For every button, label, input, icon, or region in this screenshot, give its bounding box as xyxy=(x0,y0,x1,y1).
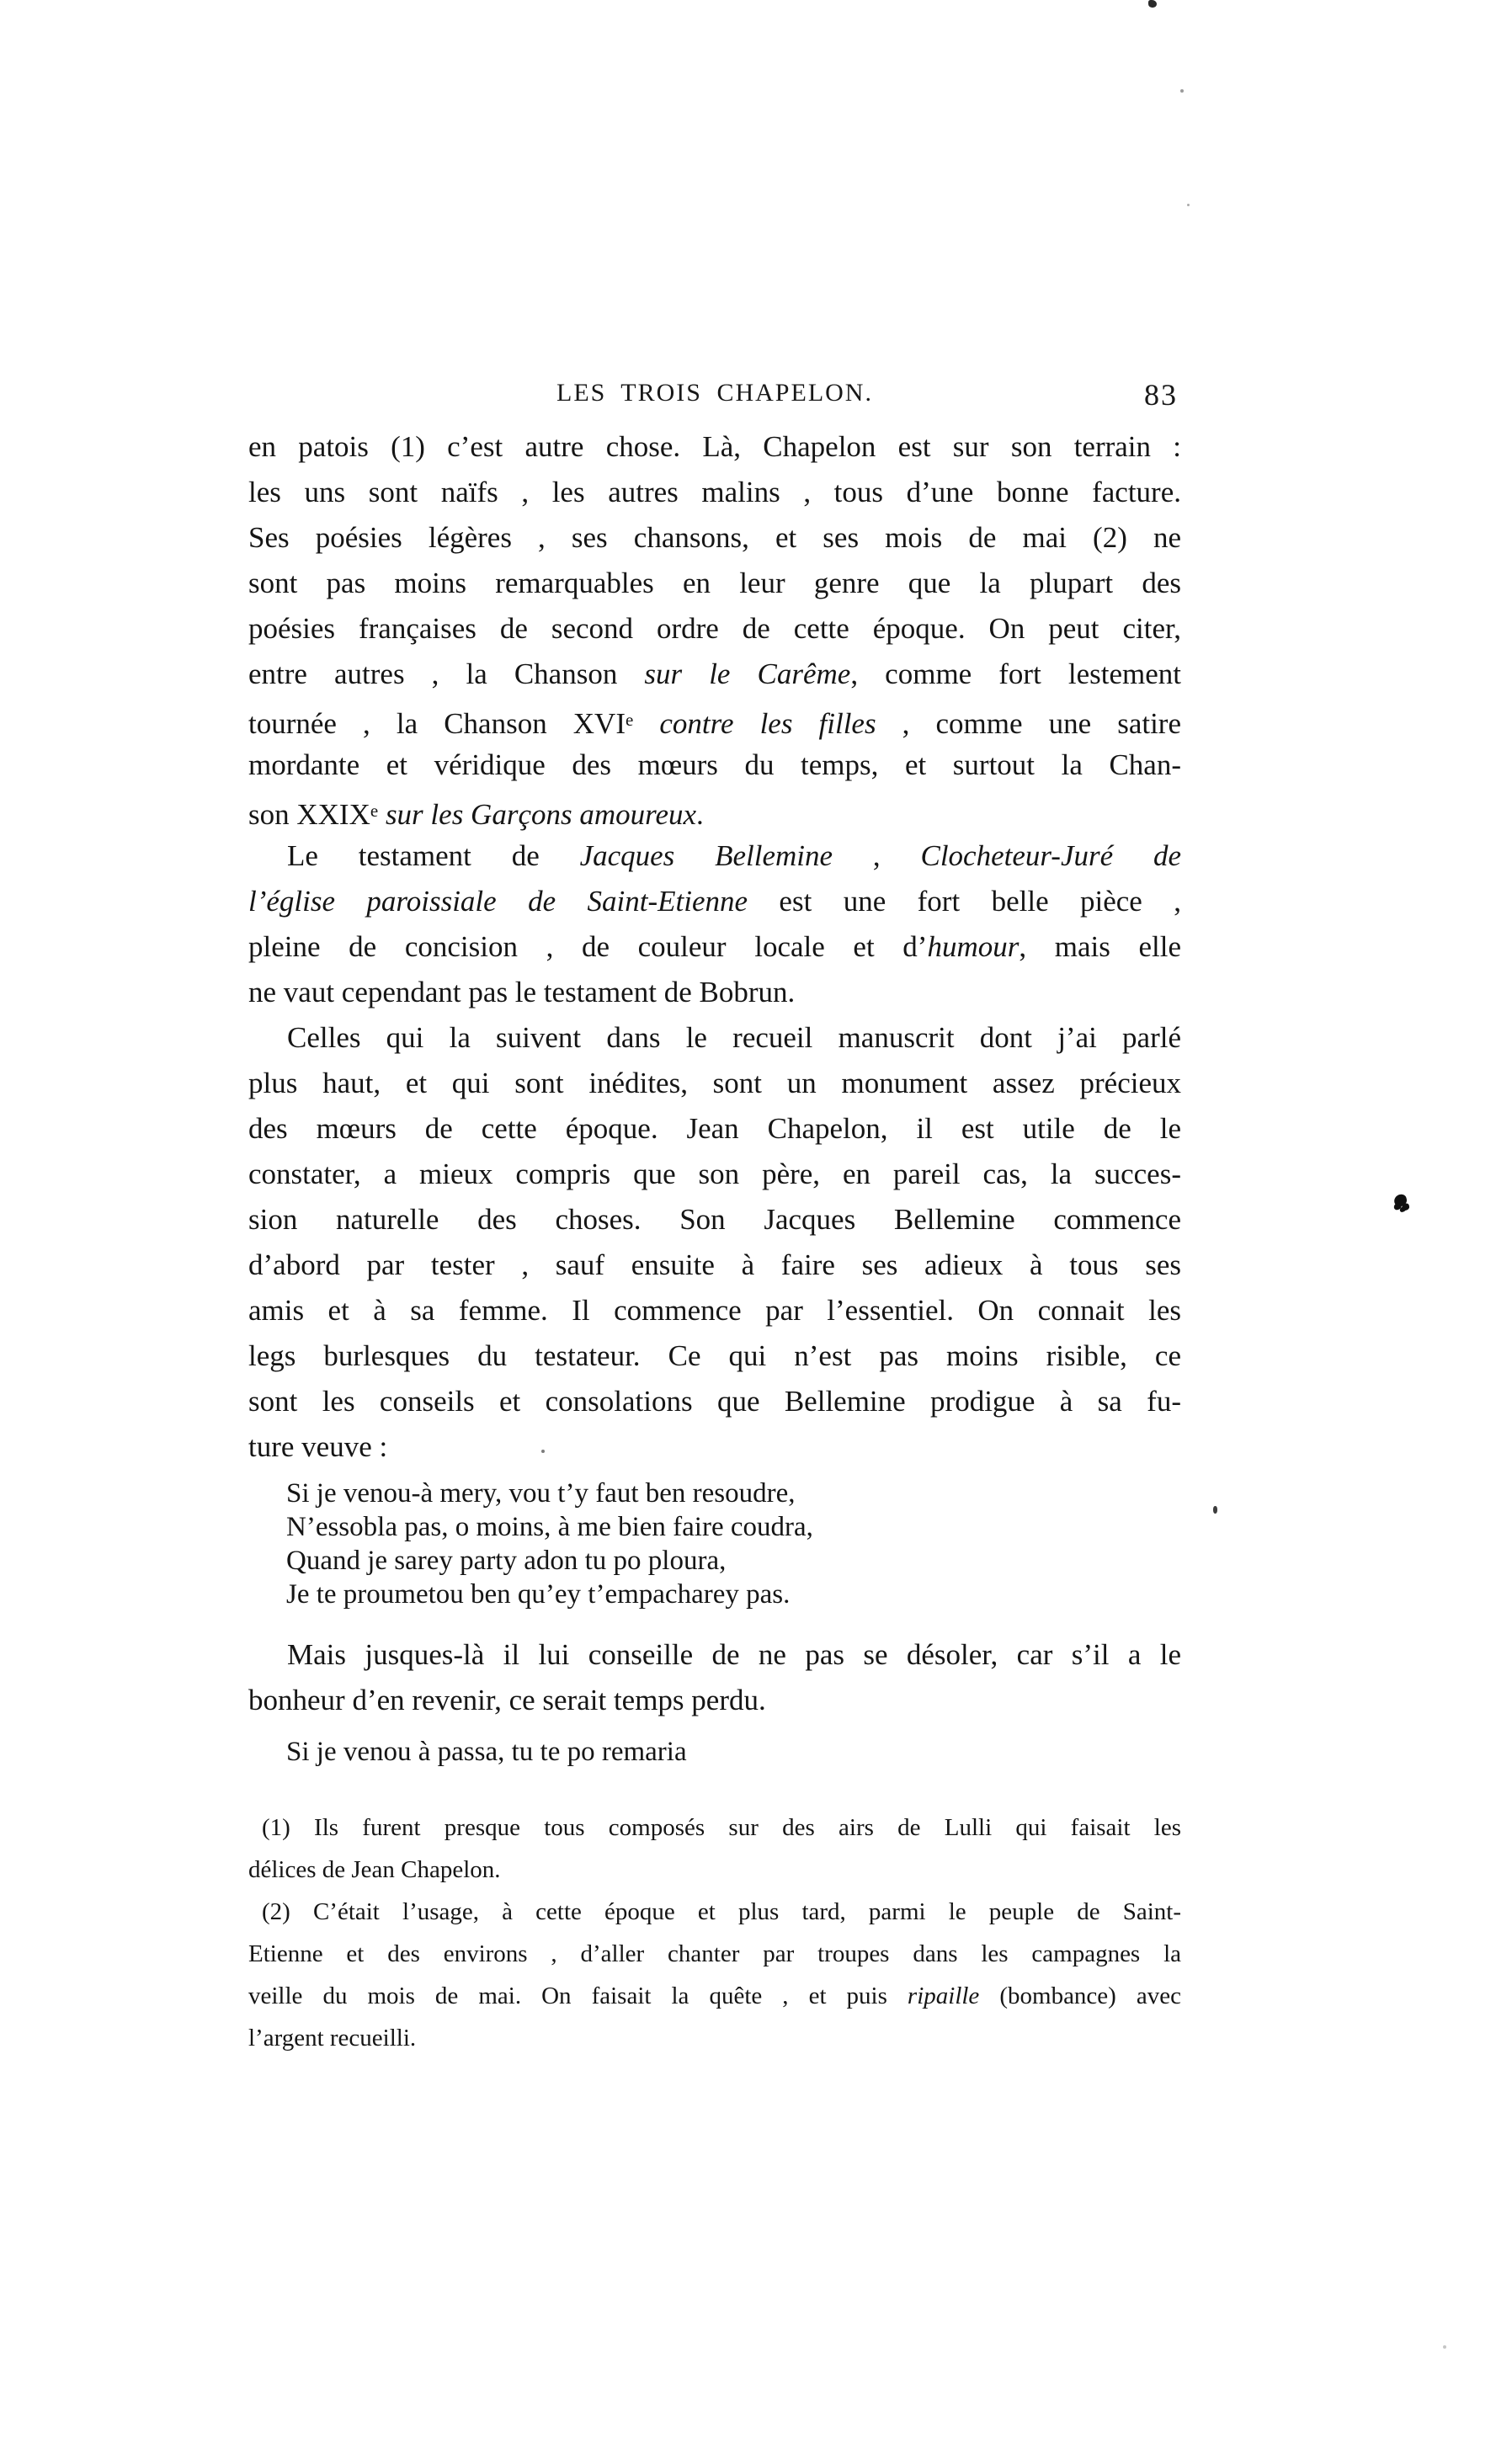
text-segment: sion naturelle des choses. Son Jacques B… xyxy=(248,1203,1181,1236)
ink-blot-mark xyxy=(1393,1193,1408,1207)
running-header: LES TROIS CHAPELON. 83 xyxy=(248,379,1181,419)
paper-speck xyxy=(1148,0,1157,8)
text-segment: Jacques Bellemine xyxy=(580,839,833,872)
paragraph: en patois (1) c’est autre chose. Là, Cha… xyxy=(248,424,1181,833)
text-segment: , comme fort lestement xyxy=(850,657,1181,690)
text-segment xyxy=(633,707,659,740)
text-segment: Si je venou-à mery, vou t’y faut ben res… xyxy=(286,1478,796,1509)
text-line: l’église paroissiale de Saint-Etienne es… xyxy=(248,879,1181,924)
text-segment: legs burlesques du testateur. Ce qui n’e… xyxy=(248,1339,1181,1372)
text-segment: délices de Jean Chapelon. xyxy=(248,1856,501,1883)
text-line: Mais jusques-là il lui conseille de ne p… xyxy=(248,1632,1181,1678)
text-segment: e xyxy=(370,801,378,821)
text-line: d’abord par tester , sauf ensuite à fair… xyxy=(248,1243,1181,1288)
text-line: sion naturelle des choses. Son Jacques B… xyxy=(248,1197,1181,1243)
text-segment: (1) Ils furent presque tous composés sur… xyxy=(262,1814,1181,1841)
text-segment: Mais jusques-là il lui conseille de ne p… xyxy=(287,1638,1181,1671)
text-line: bonheur d’en revenir, ce serait temps pe… xyxy=(248,1678,1181,1723)
text-line: ne vaut cependant pas le testament de Bo… xyxy=(248,970,1181,1015)
text-segment: contre les filles xyxy=(659,707,876,740)
text-line: legs burlesques du testateur. Ce qui n’e… xyxy=(248,1333,1181,1379)
paragraph: Le testament de Jacques Bellemine , Cloc… xyxy=(248,833,1181,1015)
text-line: Le testament de Jacques Bellemine , Cloc… xyxy=(248,833,1181,879)
text-segment: pleine de concision , de couleur locale … xyxy=(248,930,927,963)
text-line: (1) Ils furent presque tous composés sur… xyxy=(248,1807,1181,1849)
text-segment: . xyxy=(696,798,704,831)
verse-block: Si je venou à passa, tu te po remaria xyxy=(248,1735,1181,1769)
text-segment: Quand je sarey party adon tu po ploura, xyxy=(286,1546,726,1576)
text-segment: l’église paroissiale de Saint-Etienne xyxy=(248,885,748,918)
text-line: sont pas moins remarquables en leur genr… xyxy=(248,561,1181,606)
text-segment: tournée , la Chanson XVI xyxy=(248,707,626,740)
text-line: Quand je sarey party adon tu po ploura, xyxy=(248,1544,1181,1578)
text-line: poésies françaises de second ordre de ce… xyxy=(248,606,1181,652)
running-title: LES TROIS CHAPELON. xyxy=(248,379,1181,407)
text-line: Etienne et des environs , d’aller chante… xyxy=(248,1933,1181,1975)
text-line: amis et à sa femme. Il commence par l’es… xyxy=(248,1288,1181,1333)
text-segment: Clocheteur-Juré de xyxy=(920,839,1181,872)
text-segment: d’abord par tester , sauf ensuite à fair… xyxy=(248,1248,1181,1281)
text-block: en patois (1) c’est autre chose. Là, Cha… xyxy=(248,424,1181,2059)
text-segment: l’argent recueilli. xyxy=(248,2025,416,2052)
text-segment: veille du mois de mai. On faisait la quê… xyxy=(248,1982,908,2009)
text-line: l’argent recueilli. xyxy=(248,2017,1181,2059)
text-line: plus haut, et qui sont inédites, sont un… xyxy=(248,1061,1181,1106)
text-segment: des mœurs de cette époque. Jean Chapelon… xyxy=(248,1112,1181,1145)
text-line: Ses poésies légères , ses chansons, et s… xyxy=(248,515,1181,561)
page-number: 83 xyxy=(1144,377,1178,412)
text-line: des mœurs de cette époque. Jean Chapelon… xyxy=(248,1106,1181,1152)
text-segment: sont les conseils et consolations que Be… xyxy=(248,1385,1181,1418)
text-segment: sur le Carême xyxy=(644,657,850,690)
text-segment: , xyxy=(833,839,920,872)
text-segment: mordante et véridique des mœurs du temps… xyxy=(248,748,1181,781)
text-segment: e xyxy=(626,710,633,730)
text-line: veille du mois de mai. On faisait la quê… xyxy=(248,1975,1181,2017)
text-segment: amis et à sa femme. Il commence par l’es… xyxy=(248,1294,1181,1327)
text-segment: ture veuve : xyxy=(248,1430,387,1463)
text-segment: Celles qui la suivent dans le recueil ma… xyxy=(287,1021,1181,1054)
text-segment: en patois (1) c’est autre chose. Là, Cha… xyxy=(248,430,1181,463)
text-segment: , comme une satire xyxy=(876,707,1181,740)
text-segment: , mais elle xyxy=(1019,930,1181,963)
text-line: les uns sont naïfs , les autres malins ,… xyxy=(248,470,1181,515)
text-line: N’essobla pas, o moins, à me bien faire … xyxy=(248,1510,1181,1544)
paper-speck xyxy=(541,1450,545,1453)
text-segment: les uns sont naïfs , les autres malins ,… xyxy=(248,476,1181,508)
text-line: constater, a mieux compris que son père,… xyxy=(248,1152,1181,1197)
paper-speck xyxy=(1187,204,1190,206)
text-line: sont les conseils et consolations que Be… xyxy=(248,1379,1181,1424)
text-segment: Ses poésies légères , ses chansons, et s… xyxy=(248,521,1181,554)
text-segment: entre autres , la Chanson xyxy=(248,657,644,690)
text-segment: Si je venou à passa, tu te po remaria xyxy=(286,1737,687,1767)
text-segment: N’essobla pas, o moins, à me bien faire … xyxy=(286,1512,813,1542)
text-segment: poésies françaises de second ordre de ce… xyxy=(248,612,1181,645)
footnote-block: (1) Ils furent presque tous composés sur… xyxy=(248,1807,1181,1891)
text-line: pleine de concision , de couleur locale … xyxy=(248,924,1181,970)
text-line: en patois (1) c’est autre chose. Là, Cha… xyxy=(248,424,1181,470)
text-segment: Je te proumetou ben qu’ey t’empacharey p… xyxy=(286,1579,790,1610)
paper-speck xyxy=(1180,89,1184,93)
text-segment: bonheur d’en revenir, ce serait temps pe… xyxy=(248,1684,766,1716)
text-line: délices de Jean Chapelon. xyxy=(248,1849,1181,1891)
text-line: tournée , la Chanson XVIe contre les fil… xyxy=(248,697,1181,742)
text-line: mordante et véridique des mœurs du temps… xyxy=(248,742,1181,788)
text-line: Si je venou à passa, tu te po remaria xyxy=(248,1735,1181,1769)
verse-block: Si je venou-à mery, vou t’y faut ben res… xyxy=(248,1477,1181,1611)
text-line: Je te proumetou ben qu’ey t’empacharey p… xyxy=(248,1578,1181,1611)
text-line: Celles qui la suivent dans le recueil ma… xyxy=(248,1015,1181,1061)
paragraph: Celles qui la suivent dans le recueil ma… xyxy=(248,1015,1181,1470)
text-segment: Le testament de xyxy=(287,839,580,872)
paper-speck xyxy=(1443,2345,1446,2349)
text-segment: (bombance) avec xyxy=(979,1982,1181,2009)
paper-speck xyxy=(1213,1506,1217,1514)
text-segment: sont pas moins remarquables en leur genr… xyxy=(248,567,1181,599)
text-segment xyxy=(378,798,386,831)
text-segment: (2) C’était l’usage, à cette époque et p… xyxy=(262,1898,1181,1925)
text-line: ture veuve : xyxy=(248,1424,1181,1470)
text-segment: constater, a mieux compris que son père,… xyxy=(248,1157,1181,1190)
text-segment: est une fort belle pièce , xyxy=(748,885,1181,918)
text-segment: ripaille xyxy=(908,1982,979,2009)
text-segment: Etienne et des environs , d’aller chante… xyxy=(248,1940,1181,1967)
text-line: entre autres , la Chanson sur le Carême,… xyxy=(248,652,1181,697)
text-segment: sur les Garçons amoureux xyxy=(386,798,696,831)
scanned-book-page: LES TROIS CHAPELON. 83 en patois (1) c’e… xyxy=(0,0,1512,2448)
text-line: son XXIXe sur les Garçons amoureux. xyxy=(248,788,1181,833)
text-segment: ne vaut cependant pas le testament de Bo… xyxy=(248,976,795,1008)
text-line: Si je venou-à mery, vou t’y faut ben res… xyxy=(248,1477,1181,1510)
text-segment: humour xyxy=(927,930,1019,963)
text-line: (2) C’était l’usage, à cette époque et p… xyxy=(248,1891,1181,1933)
text-segment: son XXIX xyxy=(248,798,370,831)
paragraph: Mais jusques-là il lui conseille de ne p… xyxy=(248,1632,1181,1723)
text-segment: plus haut, et qui sont inédites, sont un… xyxy=(248,1067,1181,1099)
footnote-block: (2) C’était l’usage, à cette époque et p… xyxy=(248,1891,1181,2059)
